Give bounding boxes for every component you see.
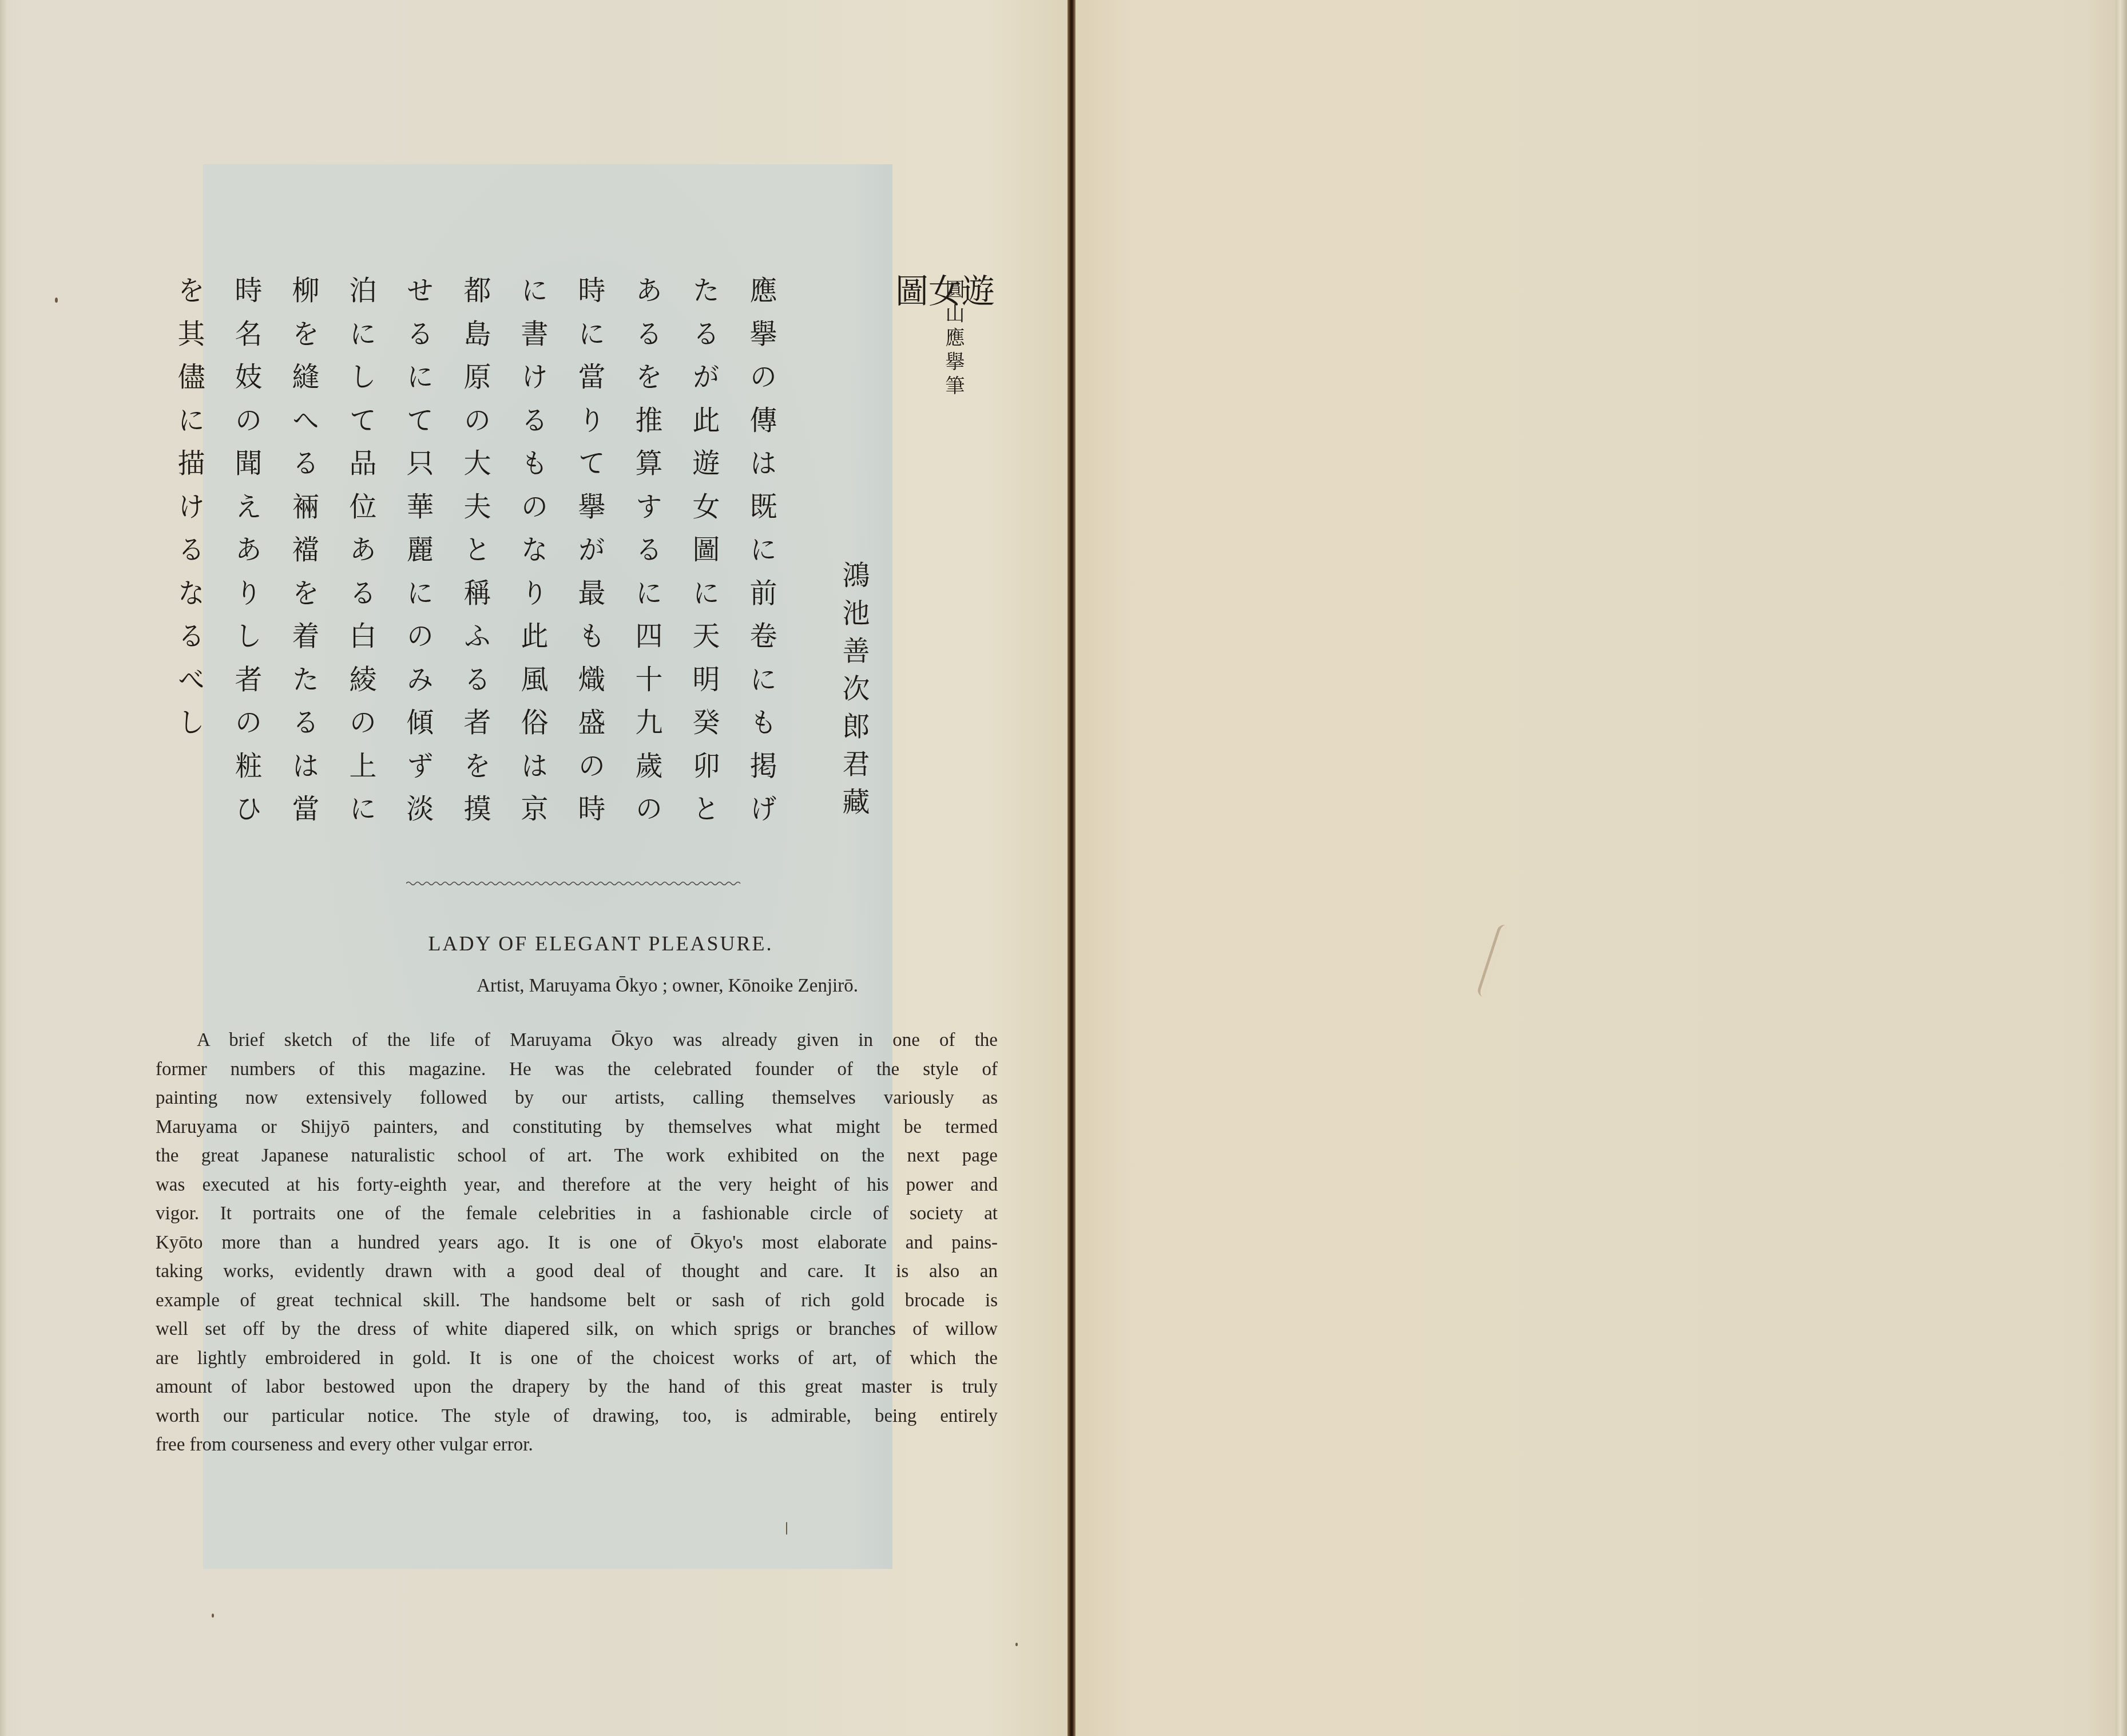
paper-speck [55,298,58,303]
jp-column-8: 泊にして品位ある白綾の上に [332,276,389,848]
body-line-6: was executed at his forty-eighth year, a… [156,1171,998,1200]
body-line-12: are lightly embroidered in gold. It is o… [156,1344,998,1373]
jp-column-4: 時に當りて擧が最も熾盛の時 [561,276,618,848]
main-title-char-2: 女 [926,274,959,307]
body-line-15: free from courseness and every other vul… [156,1430,998,1460]
paper-speck [1015,1643,1018,1646]
wavy-divider-rule [406,880,745,887]
main-title: 遊 女 圖 [892,274,992,393]
owner-credit: 鴻池善次郎君藏 [834,561,874,825]
english-body-paragraph: A brief sketch of the life of Maruyama Ō… [156,1026,998,1460]
body-line-7: vigor. It portraits one of the female ce… [156,1199,998,1228]
paper-speck [212,1614,214,1618]
main-title-char-1: 遊 [959,274,992,307]
left-page-edge [0,0,8,1736]
english-title: LADY OF ELEGANT PLEASURE. [343,932,858,956]
jp-column-10: 時名妓の聞えありし者の粧ひ [217,276,275,848]
body-line-5: the great Japanese naturalistic school o… [156,1142,998,1171]
body-line-9: taking works, evidently drawn with a goo… [156,1257,998,1286]
jp-column-5: に書けるものなり此風俗は京 [503,276,561,848]
japanese-body-text: 應擧の傳は既に前卷にも掲げ たるが此遊女圖に天明癸卯と あるを推算するに四十九歲… [183,276,789,848]
jp-column-3: あるを推算するに四十九歲の [618,276,675,848]
book-gutter [1068,0,1076,1736]
english-credit: Artist, Maruyama Ōkyo ; owner, Kōnoike Z… [309,976,858,997]
jp-column-6: 都島原の大夫と稱ふる者を摸 [446,276,503,848]
main-title-char-3: 圖 [892,274,926,393]
body-line-2: former numbers of this magazine. He was … [156,1055,998,1084]
jp-column-9: 柳を縫へる裲襠を着たるは當 [275,276,332,848]
body-line-13: amount of labor bestowed upon the draper… [156,1373,998,1402]
body-line-14: worth our particular notice. The style o… [156,1402,998,1431]
jp-column-11: を其儘に描けるなるべし [160,276,217,848]
jp-column-1: 應擧の傳は既に前卷にも掲げ [732,276,789,848]
paper-speck [786,1522,787,1535]
body-line-3: painting now extensively followed by our… [156,1084,998,1113]
jp-column-2: たるが此遊女圖に天明癸卯と [675,276,732,848]
body-line-10: example of great technical skill. The ha… [156,1286,998,1315]
book-spread: 圓山應擧筆 遊 女 圖 鴻池善次郎君藏 應擧の傳は既に前卷にも掲げ たるが此遊女… [0,0,2127,1736]
body-line-1: A brief sketch of the life of Maruyama Ō… [156,1026,998,1055]
body-line-11: well set off by the dress of white diape… [156,1315,998,1344]
right-page-edge [2116,0,2127,1736]
body-line-4: Maruyama or Shijyō painters, and constit… [156,1113,998,1142]
jp-column-7: せるにて只華麗にのみ傾ず淡 [389,276,446,848]
body-line-8: Kyōto more than a hundred years ago. It … [156,1228,998,1258]
right-page-blank [1076,0,2116,1736]
